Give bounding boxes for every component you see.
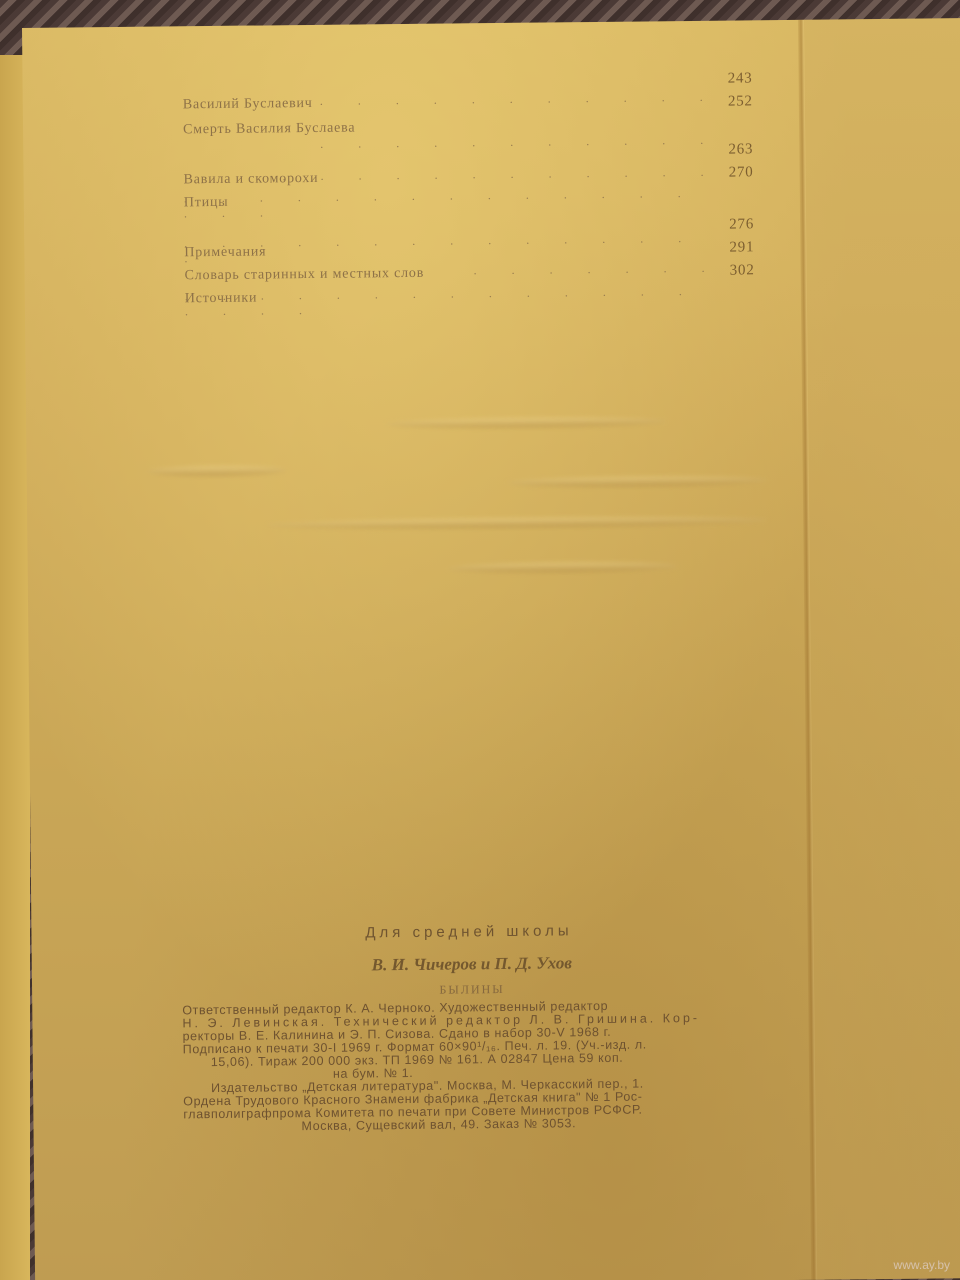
toc-entry: Источники . . . . . . . . . . . . . . . … xyxy=(185,285,755,314)
paper-wrinkle xyxy=(147,465,287,476)
authors-line: В. И. Чичеров и П. Д. Ухов xyxy=(162,951,782,977)
toc-leader-dots: . . . . . . . . . . . . xyxy=(282,165,719,185)
toc-leader-dots: . . . . . . . . . . . . . . . . . xyxy=(184,186,720,222)
toc-page-number: 263 xyxy=(728,141,753,158)
photo-scene: 243 Василий Буслаевич . . . . . . . . . … xyxy=(0,0,960,1280)
toc-title: Василий Буслаевич xyxy=(183,96,313,113)
toc-title: Смерть Василия Буслаева xyxy=(183,121,355,139)
toc-entry: Птицы . . . . . . . . . . . . . . . . . xyxy=(184,185,754,214)
toc-page-number: 252 xyxy=(728,93,753,110)
toc-title: Примечания xyxy=(184,244,266,261)
toc-page-number: 291 xyxy=(729,239,754,256)
imprint-block: Ответственный редактор К. А. Черноко. Ху… xyxy=(182,998,783,1134)
table-of-contents: 243 Василий Буслаевич . . . . . . . . . … xyxy=(183,70,755,314)
paper-wrinkle xyxy=(386,416,666,429)
toc-page-number: 270 xyxy=(729,164,754,181)
paper-wrinkle xyxy=(507,475,767,488)
toc-title: Словарь старинных и местных слов xyxy=(185,266,425,285)
paper-wrinkle xyxy=(448,561,678,573)
toc-leader-dots: . . . . . . . . . . . xyxy=(320,90,719,109)
book-title: БЫЛИНЫ xyxy=(162,979,782,1000)
toc-page-number: 276 xyxy=(729,216,754,233)
toc-page-number: 243 xyxy=(728,70,753,87)
paper-wrinkle xyxy=(267,515,767,530)
toc-leader-dots: . . . . . . . . . . . . . . . . . . xyxy=(185,284,721,320)
toc-leader-dots: . . . . . . . xyxy=(473,261,720,279)
toc-page-number: 302 xyxy=(730,262,755,279)
next-page-edge xyxy=(804,18,960,1280)
book-page: 243 Василий Буслаевич . . . . . . . . . … xyxy=(22,18,960,1280)
watermark: www.ay.by xyxy=(894,1258,950,1272)
colophon: Для средней школы В. И. Чичеров и П. Д. … xyxy=(181,920,783,1134)
audience-label: Для средней школы xyxy=(156,920,781,944)
